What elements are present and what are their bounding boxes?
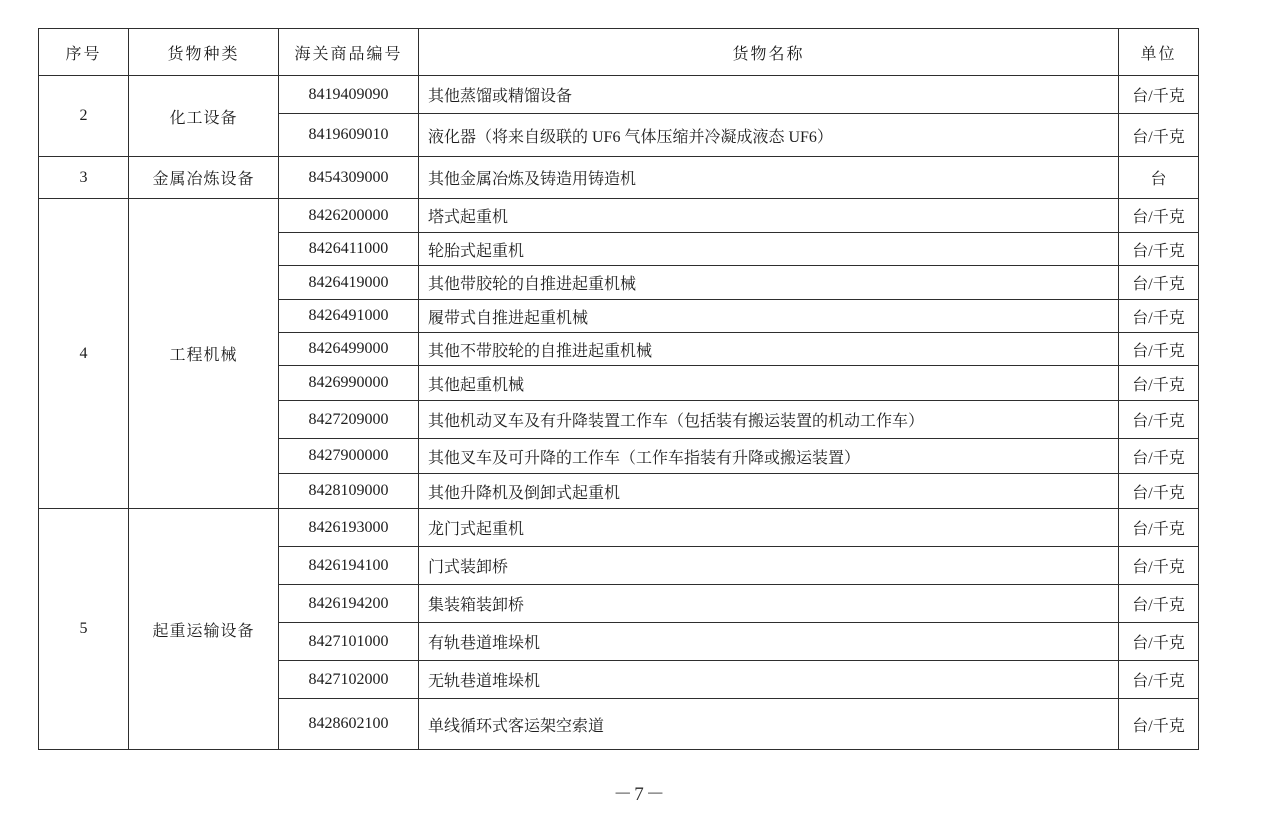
goods-name-cell: 液化器（将来自级联的 UF6 气体压缩并冷凝成液态 UF6） [419,114,1119,157]
hs-code-cell: 8428109000 [279,474,419,509]
goods-name-cell: 单线循环式客运架空索道 [419,699,1119,750]
unit-cell: 台/千克 [1119,661,1199,699]
unit-cell: 台/千克 [1119,509,1199,547]
category-cell: 化工设备 [129,76,279,157]
table-row: 5起重运输设备8426193000龙门式起重机台/千克 [39,509,1199,547]
unit-cell: 台/千克 [1119,233,1199,266]
unit-cell: 台/千克 [1119,401,1199,439]
unit-cell: 台/千克 [1119,199,1199,233]
column-header-code: 海关商品编号 [279,29,419,76]
column-header-unit: 单位 [1119,29,1199,76]
goods-name-cell: 其他不带胶轮的自推进起重机械 [419,333,1119,366]
goods-name-cell: 其他带胶轮的自推进起重机械 [419,266,1119,300]
hs-code-cell: 8426200000 [279,199,419,233]
hs-code-cell: 8426419000 [279,266,419,300]
goods-name-cell: 轮胎式起重机 [419,233,1119,266]
hs-code-cell: 8426491000 [279,300,419,333]
unit-cell: 台/千克 [1119,623,1199,661]
column-header-serial: 序号 [39,29,129,76]
category-cell: 起重运输设备 [129,509,279,750]
unit-cell: 台/千克 [1119,114,1199,157]
hs-code-cell: 8419409090 [279,76,419,114]
unit-cell: 台/千克 [1119,366,1199,401]
table-row: 4工程机械8426200000塔式起重机台/千克 [39,199,1199,233]
hs-code-cell: 8426499000 [279,333,419,366]
hs-code-cell: 8454309000 [279,157,419,199]
table-row: 2化工设备8419409090其他蒸馏或精馏设备台/千克 [39,76,1199,114]
unit-cell: 台/千克 [1119,699,1199,750]
hs-code-cell: 8427101000 [279,623,419,661]
goods-name-cell: 履带式自推进起重机械 [419,300,1119,333]
unit-cell: 台/千克 [1119,547,1199,585]
serial-cell: 2 [39,76,129,157]
unit-cell: 台/千克 [1119,266,1199,300]
goods-name-cell: 其他金属冶炼及铸造用铸造机 [419,157,1119,199]
category-cell: 金属冶炼设备 [129,157,279,199]
goods-name-cell: 无轨巷道堆垛机 [419,661,1119,699]
column-header-category: 货物种类 [129,29,279,76]
unit-cell: 台/千克 [1119,300,1199,333]
goods-table: 序号 货物种类 海关商品编号 货物名称 单位 2化工设备8419409090其他… [38,28,1199,750]
unit-cell: 台/千克 [1119,76,1199,114]
page-number: －7－ [0,779,1280,806]
hs-code-cell: 8426411000 [279,233,419,266]
hs-code-cell: 8426194200 [279,585,419,623]
hs-code-cell: 8428602100 [279,699,419,750]
goods-name-cell: 其他叉车及可升降的工作车（工作车指装有升降或搬运装置） [419,439,1119,474]
hs-code-cell: 8426990000 [279,366,419,401]
goods-name-cell: 其他蒸馏或精馏设备 [419,76,1119,114]
serial-cell: 3 [39,157,129,199]
serial-cell: 5 [39,509,129,750]
goods-name-cell: 其他起重机械 [419,366,1119,401]
goods-name-cell: 龙门式起重机 [419,509,1119,547]
hs-code-cell: 8426194100 [279,547,419,585]
hs-code-cell: 8426193000 [279,509,419,547]
goods-name-cell: 集装箱装卸桥 [419,585,1119,623]
unit-cell: 台/千克 [1119,585,1199,623]
serial-cell: 4 [39,199,129,509]
table-header-row: 序号 货物种类 海关商品编号 货物名称 单位 [39,29,1199,76]
hs-code-cell: 8419609010 [279,114,419,157]
column-header-name: 货物名称 [419,29,1119,76]
goods-name-cell: 塔式起重机 [419,199,1119,233]
unit-cell: 台 [1119,157,1199,199]
document-page: 序号 货物种类 海关商品编号 货物名称 单位 2化工设备8419409090其他… [0,0,1280,825]
unit-cell: 台/千克 [1119,474,1199,509]
goods-name-cell: 其他升降机及倒卸式起重机 [419,474,1119,509]
hs-code-cell: 8427900000 [279,439,419,474]
category-cell: 工程机械 [129,199,279,509]
table-row: 3金属冶炼设备8454309000其他金属冶炼及铸造用铸造机台 [39,157,1199,199]
hs-code-cell: 8427209000 [279,401,419,439]
unit-cell: 台/千克 [1119,439,1199,474]
unit-cell: 台/千克 [1119,333,1199,366]
goods-name-cell: 其他机动叉车及有升降装置工作车（包括装有搬运装置的机动工作车） [419,401,1119,439]
hs-code-cell: 8427102000 [279,661,419,699]
goods-name-cell: 门式装卸桥 [419,547,1119,585]
goods-table-body: 2化工设备8419409090其他蒸馏或精馏设备台/千克8419609010液化… [39,76,1199,750]
goods-name-cell: 有轨巷道堆垛机 [419,623,1119,661]
